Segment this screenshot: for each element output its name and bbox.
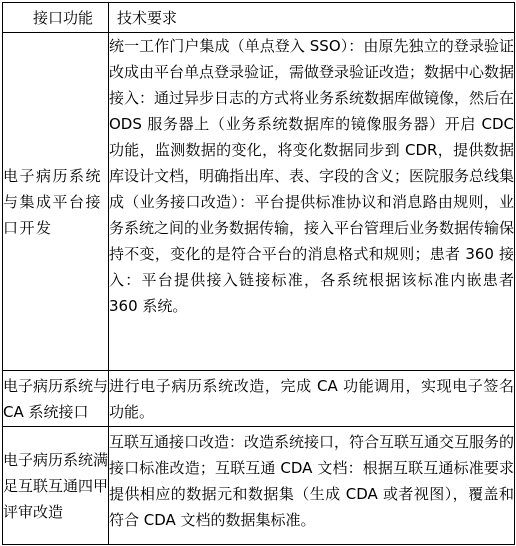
header-interface-function: 接口功能: [3, 3, 109, 33]
technical-requirement-cell: 互联互通接口改造：改造系统接口，符合互联互通交互服务的接口标准改造；互联互通 C…: [109, 427, 515, 545]
interface-function-cell: 电子病历系统与集成平台接口开发: [3, 33, 109, 371]
header-technical-requirements: 技术要求: [109, 3, 515, 33]
table-row: 电子病历系统满足互联互通四甲评审改造 互联互通接口改造：改造系统接口，符合互联互…: [3, 427, 515, 545]
table-row: 电子病历系统与集成平台接口开发 统一工作门户集成（单点登入 SSO）：由原先独立…: [3, 33, 515, 371]
table-header-row: 接口功能 技术要求: [3, 3, 515, 33]
technical-requirement-cell: 进行电子病历系统改造，完成 CA 功能调用，实现电子签名功能。: [109, 371, 515, 427]
technical-requirement-cell: 统一工作门户集成（单点登入 SSO）：由原先独立的登录验证改成由平台单点登录验证…: [109, 33, 515, 371]
interface-function-cell: 电子病历系统满足互联互通四甲评审改造: [3, 427, 109, 545]
interface-function-cell: 电子病历系统与 CA 系统接口: [3, 371, 109, 427]
table-row: 电子病历系统与 CA 系统接口 进行电子病历系统改造，完成 CA 功能调用，实现…: [3, 371, 515, 427]
interface-requirements-table: 接口功能 技术要求 电子病历系统与集成平台接口开发 统一工作门户集成（单点登入 …: [2, 2, 515, 545]
